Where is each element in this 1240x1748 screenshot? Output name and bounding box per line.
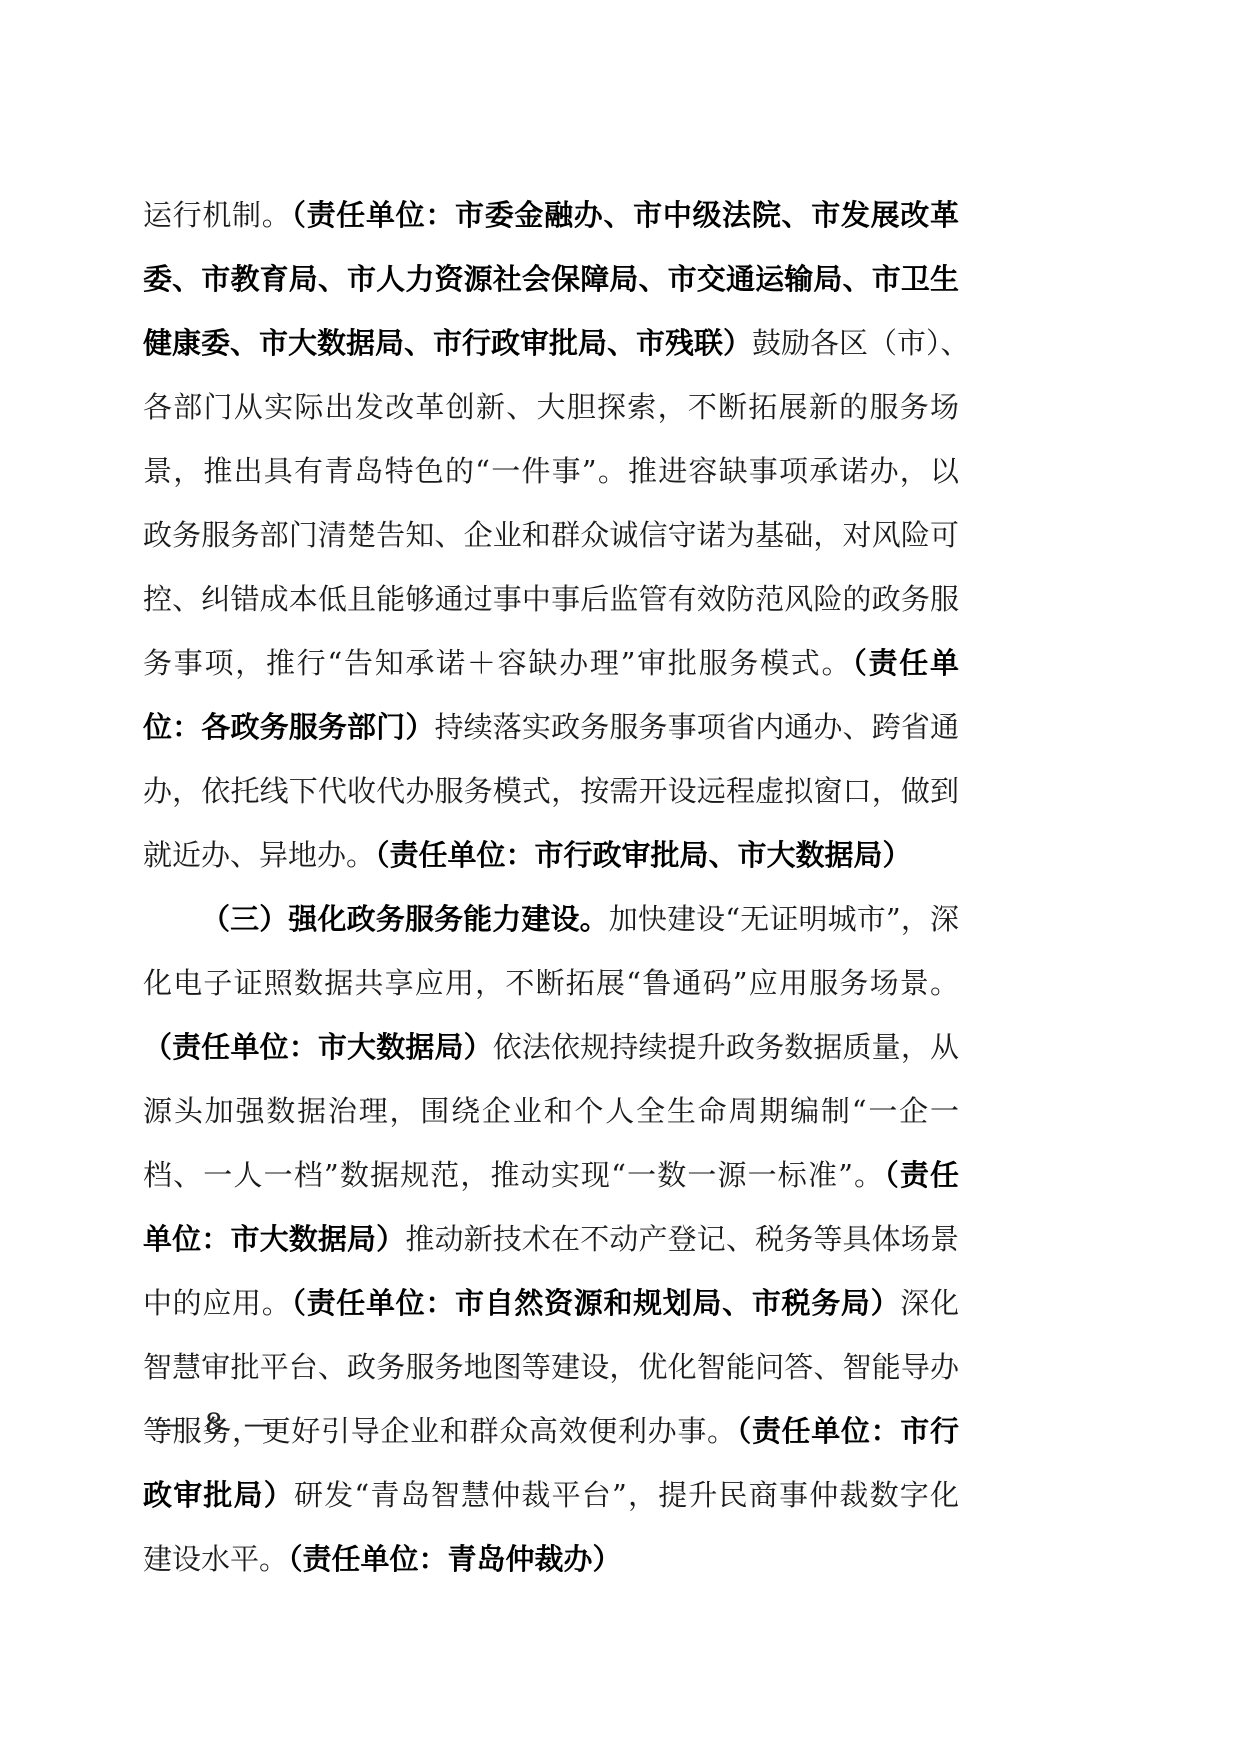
text-line: （三）强化政务服务能力建设。加快建设“无证明城市”，深 xyxy=(143,887,959,951)
responsibility-text: 委、市教育局、市人力资源社会保障局、市交通运输局、市卫生 xyxy=(143,262,959,296)
text-line: 就近办、异地办。（责任单位：市行政审批局、市大数据局） xyxy=(143,823,959,887)
text-line: 办，依托线下代收代办服务模式，按需开设远程虚拟窗口，做到 xyxy=(143,759,959,823)
responsibility-text: （责任单位：市行政审批局、市大数据局） xyxy=(375,838,912,872)
text-line: 单位：市大数据局）推动新技术在不动产登记、税务等具体场景 xyxy=(143,1207,959,1271)
text-line: 政务服务部门清楚告知、企业和群众诚信守诺为基础，对风险可 xyxy=(143,503,959,567)
text-line: （责任单位：市大数据局）依法依规持续提升政务数据质量，从 xyxy=(143,1015,959,1079)
body-text-span: 加快建设“无证明城市”，深 xyxy=(609,902,959,936)
text-line: 中的应用。（责任单位：市自然资源和规划局、市税务局）深化 xyxy=(143,1271,959,1335)
text-line: 健康委、市大数据局、市行政审批局、市残联）鼓励各区（市）、 xyxy=(143,311,959,375)
responsibility-text: （责任单位：市委金融办、市中级法院、市发展改革 xyxy=(291,198,959,232)
body-text-span: 化电子证照数据共享应用，不断拓展“鲁通码”应用服务场景。 xyxy=(143,966,959,1000)
text-line: 位：各政务服务部门）持续落实政务服务事项省内通办、跨省通 xyxy=(143,695,959,759)
body-text-span: 景，推出具有青岛特色的“一件事”。推进容缺事项承诺办，以 xyxy=(143,454,959,488)
text-line: 运行机制。（责任单位：市委金融办、市中级法院、市发展改革 xyxy=(143,183,959,247)
text-line: 化电子证照数据共享应用，不断拓展“鲁通码”应用服务场景。 xyxy=(143,951,959,1015)
body-text-span: 各部门从实际出发改革创新、大胆探索，不断拓展新的服务场 xyxy=(143,390,959,424)
responsibility-text: 政审批局） xyxy=(143,1478,294,1512)
body-text-span: 控、纠错成本低且能够通过事中事后监管有效防范风险的政务服 xyxy=(143,582,959,616)
text-line: 档、一人一档”数据规范，推动实现“一数一源一标准”。（责任 xyxy=(143,1143,959,1207)
body-text-span: 建设水平。 xyxy=(143,1542,288,1576)
body-text-span: 推动新技术在不动产登记、税务等具体场景 xyxy=(405,1222,959,1256)
text-line: 务事项，推行“告知承诺＋容缺办理”审批服务模式。（责任单 xyxy=(143,631,959,695)
text-line: 委、市教育局、市人力资源社会保障局、市交通运输局、市卫生 xyxy=(143,247,959,311)
document-page: 运行机制。（责任单位：市委金融办、市中级法院、市发展改革委、市教育局、市人力资源… xyxy=(0,0,1240,1748)
body-text-span: 档、一人一档”数据规范，推动实现“一数一源一标准”。 xyxy=(143,1158,884,1192)
body-text-span: 办，依托线下代收代办服务模式，按需开设远程虚拟窗口，做到 xyxy=(143,774,959,808)
responsibility-text: （责任单位：市行 xyxy=(737,1414,959,1448)
responsibility-text: （责任 xyxy=(884,1158,959,1192)
body-text-span: 就近办、异地办。 xyxy=(143,838,375,872)
text-line: 智慧审批平台、政务服务地图等建设，优化智能问答、智能导办 xyxy=(143,1335,959,1399)
text-line: 政审批局）研发“青岛智慧仲裁平台”，提升民商事仲裁数字化 xyxy=(143,1463,959,1527)
responsibility-text: （责任单位：市大数据局） xyxy=(143,1030,493,1064)
responsibility-text: 位：各政务服务部门） xyxy=(143,710,434,744)
body-text-span: 持续落实政务服务事项省内通办、跨省通 xyxy=(434,710,959,744)
text-line: 控、纠错成本低且能够通过事中事后监管有效防范风险的政务服 xyxy=(143,567,959,631)
body-text-span: 研发“青岛智慧仲裁平台”，提升民商事仲裁数字化 xyxy=(294,1478,959,1512)
text-line: 建设水平。（责任单位：青岛仲裁办） xyxy=(143,1527,959,1591)
body-text-span: 源头加强数据治理，围绕企业和个人全生命周期编制“一企一 xyxy=(143,1094,959,1128)
body-text-span: 鼓励各区（市）、 xyxy=(752,326,970,360)
body-text-span: 深化 xyxy=(900,1286,959,1320)
responsibility-text: 健康委、市大数据局、市行政审批局、市残联） xyxy=(143,326,752,360)
responsibility-text: （责任单位：市自然资源和规划局、市税务局） xyxy=(291,1286,900,1320)
responsibility-text: （责任单位：青岛仲裁办） xyxy=(288,1542,622,1576)
page-number: — 8 — xyxy=(156,1407,278,1440)
responsibility-text: 单位：市大数据局） xyxy=(143,1222,405,1256)
body-text-span: 务事项，推行“告知承诺＋容缺办理”审批服务模式。 xyxy=(143,646,852,680)
text-line: 各部门从实际出发改革创新、大胆探索，不断拓展新的服务场 xyxy=(143,375,959,439)
responsibility-text: （三）强化政务服务能力建设。 xyxy=(201,902,609,936)
text-line: 景，推出具有青岛特色的“一件事”。推进容缺事项承诺办，以 xyxy=(143,439,959,503)
body-text-span: 依法依规持续提升政务数据质量，从 xyxy=(493,1030,959,1064)
responsibility-text: （责任单 xyxy=(852,646,959,680)
body-text-span: 智慧审批平台、政务服务地图等建设，优化智能问答、智能导办 xyxy=(143,1350,959,1384)
text-line: 源头加强数据治理，围绕企业和个人全生命周期编制“一企一 xyxy=(143,1079,959,1143)
body-text: 运行机制。（责任单位：市委金融办、市中级法院、市发展改革委、市教育局、市人力资源… xyxy=(143,183,959,1591)
body-text-span: 中的应用。 xyxy=(143,1286,291,1320)
body-text-span: 政务服务部门清楚告知、企业和群众诚信守诺为基础，对风险可 xyxy=(143,518,959,552)
body-text-span: 运行机制。 xyxy=(143,198,291,232)
